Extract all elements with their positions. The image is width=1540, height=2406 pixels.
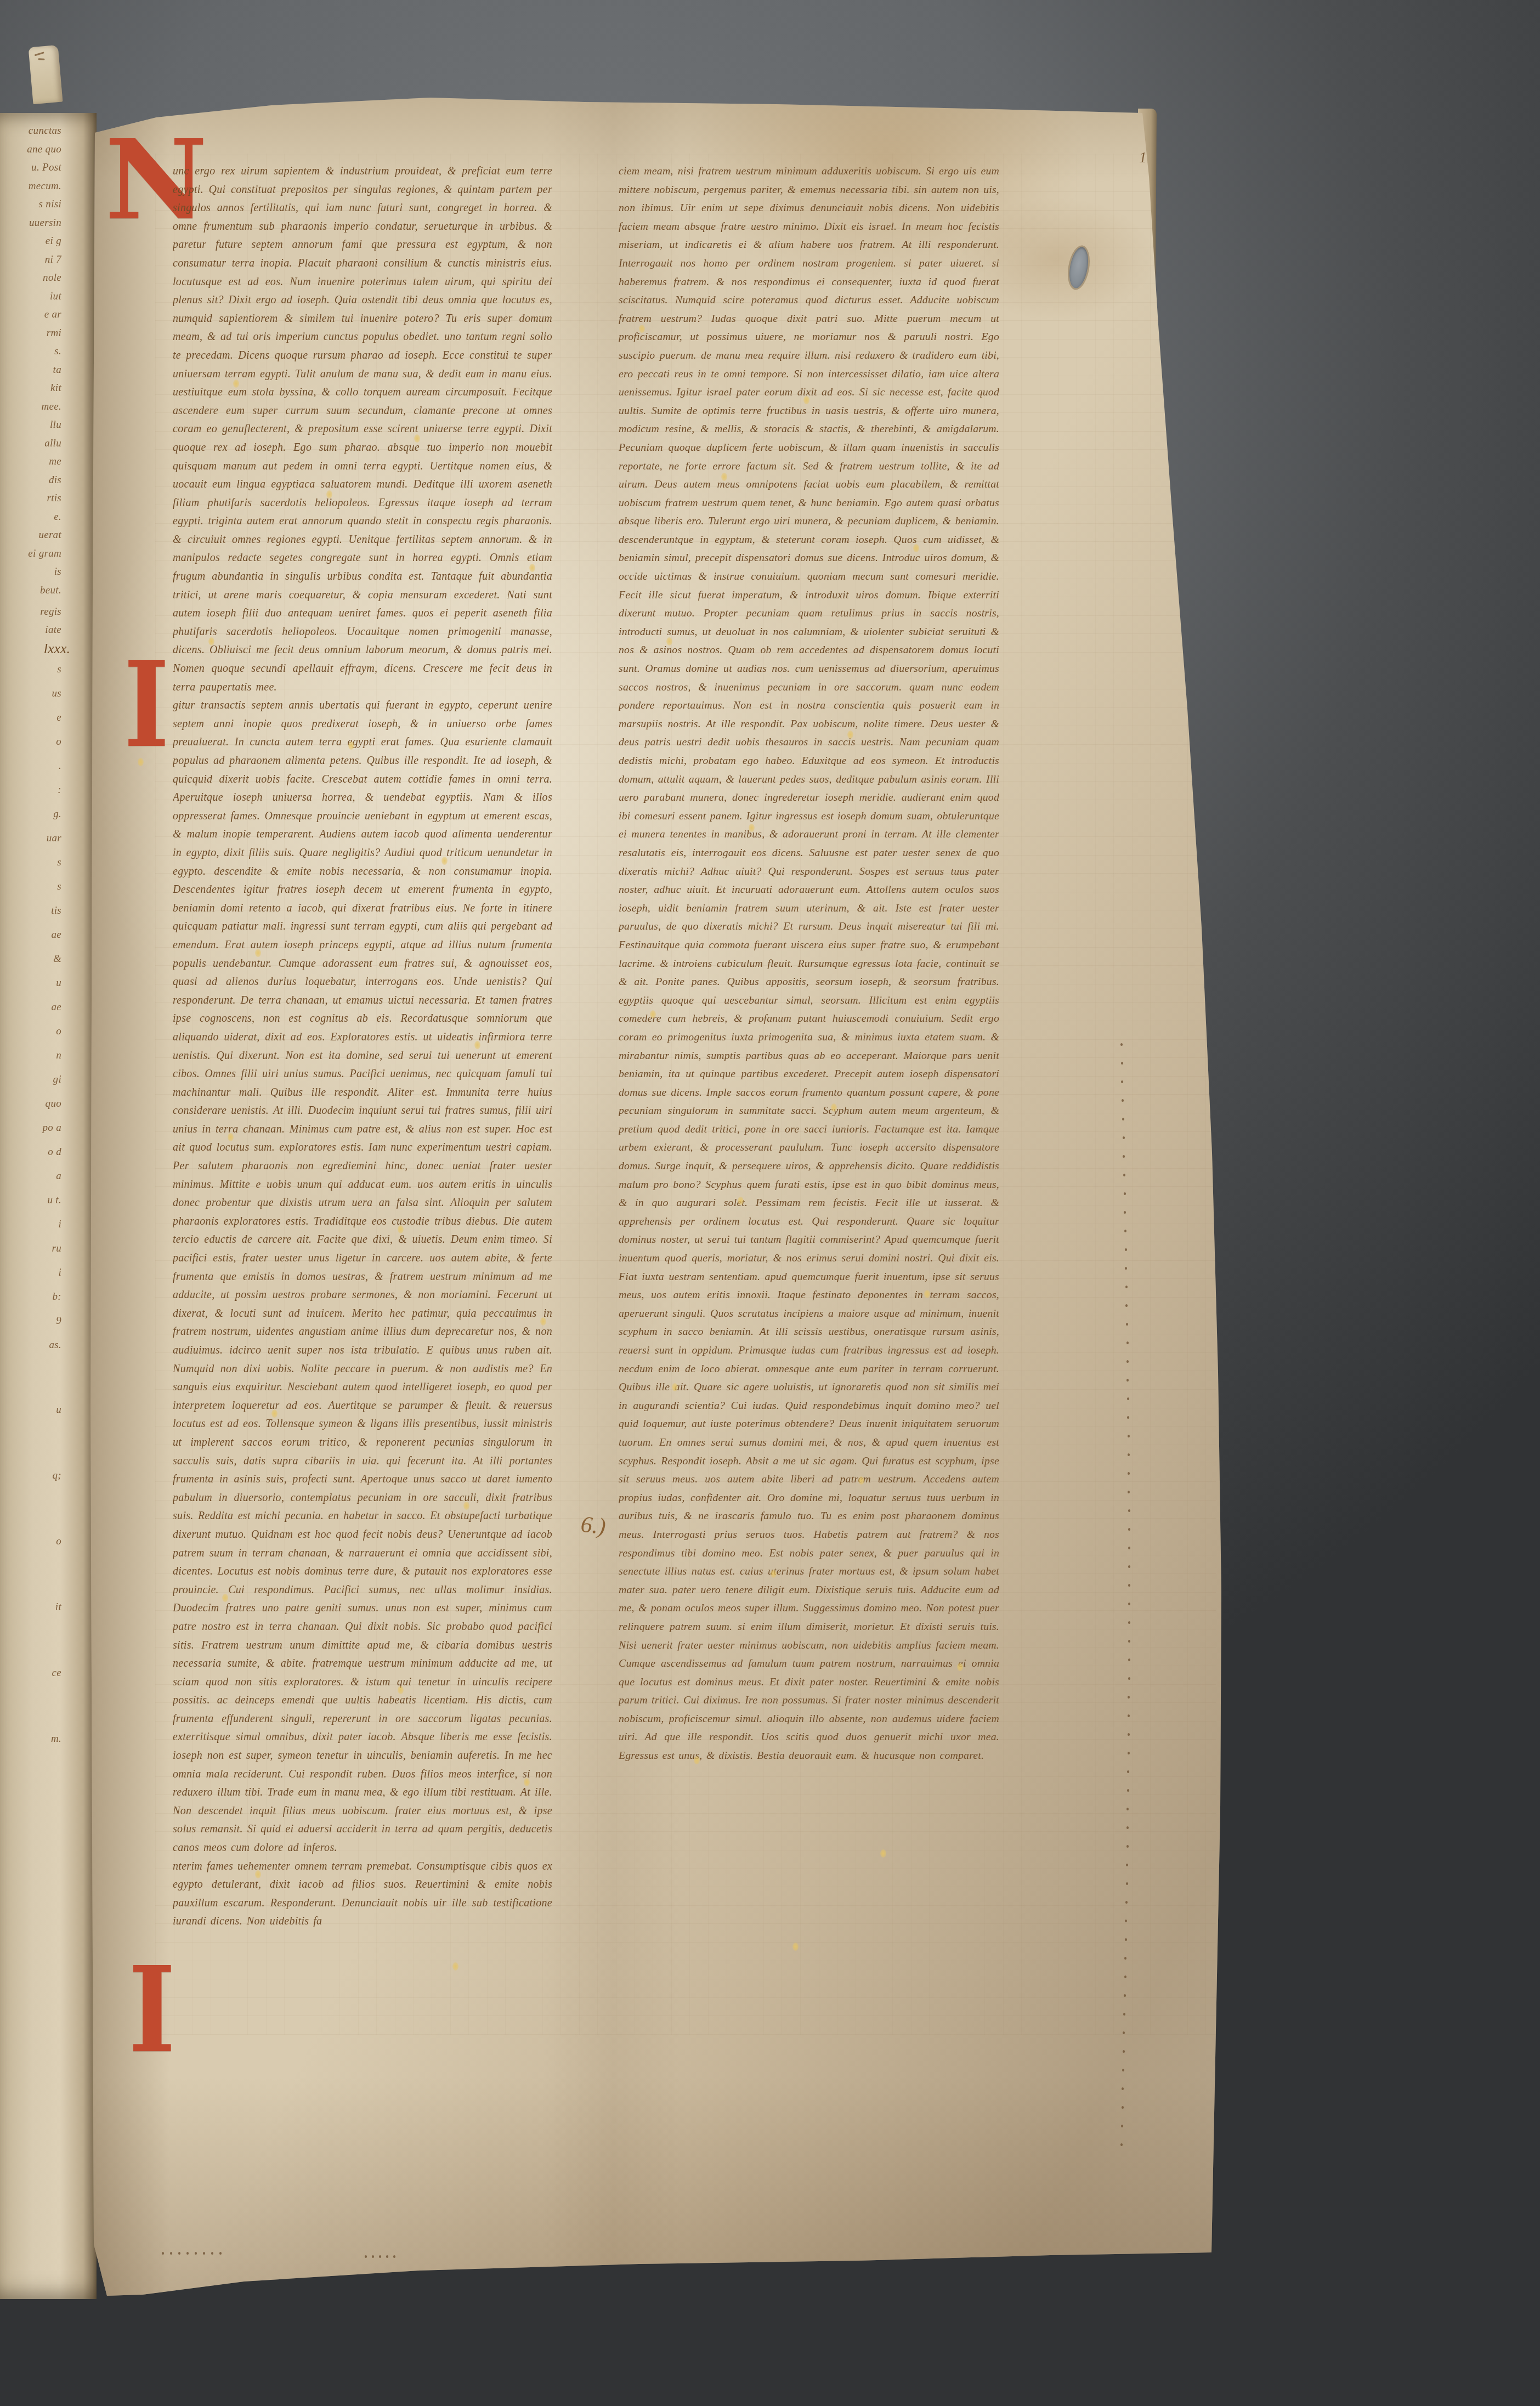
yellow-capital-dab (749, 824, 755, 832)
yellow-capital-dab (441, 857, 448, 865)
yellow-capital-dab (771, 1570, 777, 1578)
tab-ink-mark (35, 52, 44, 56)
pricking-dot (393, 2255, 395, 2258)
edge-fragment: s (57, 881, 61, 893)
yellow-capital-dab (792, 1943, 799, 1951)
quire-mark: 6.) (580, 1511, 607, 1540)
pricking-dot (162, 2252, 164, 2255)
edge-fragment: uar (47, 833, 61, 845)
pricking-dot (1128, 1528, 1130, 1531)
pricking-dot (1125, 1901, 1128, 1904)
pricking-dot (1124, 1211, 1126, 1214)
yellow-capital-dab (957, 1663, 963, 1671)
yellow-capital-dab (694, 1756, 700, 1764)
parchment-tab (29, 45, 63, 104)
edge-fragment: is (54, 566, 61, 578)
pricking-dot (1122, 1118, 1124, 1120)
pricking-dot (1127, 1416, 1129, 1419)
pricking-dot (1123, 2031, 1125, 2034)
pricking-dot (1123, 1136, 1125, 1139)
pricking-dot (1126, 1360, 1129, 1363)
pricking-dot (1126, 1341, 1129, 1344)
edge-fragment: a (56, 1170, 61, 1182)
edge-fragment: regis (40, 606, 61, 618)
tab-ink-mark (38, 58, 44, 60)
yellow-capital-dab (348, 741, 354, 750)
edge-fragment: mee. (41, 401, 61, 413)
edge-fragment: nole (43, 272, 61, 284)
edge-fragment: o (56, 1536, 61, 1548)
edge-fragment: o d (48, 1146, 61, 1158)
edge-fragment: s (57, 664, 61, 676)
pricking-dot (1123, 1174, 1125, 1176)
facing-page-edge: cunctasane quou. Postmecum.s nisiuuersin… (0, 113, 97, 2299)
edge-fragment: kit (50, 382, 61, 394)
pricking-dot (1128, 1472, 1130, 1475)
pricking-dot (1128, 1658, 1130, 1661)
yellow-capital-dab (138, 758, 144, 766)
pricking-dot (203, 2252, 205, 2255)
edge-fragment: m. (51, 1733, 61, 1745)
pricking-dot (365, 2255, 367, 2258)
pricking-dot (1127, 1397, 1129, 1400)
pricking-dot (1124, 1192, 1126, 1195)
edge-fragment: . (59, 760, 61, 772)
verse-text: gitur transactis septem annis ubertatis … (173, 697, 552, 1857)
verse-text: nterim fames uehementer omnem terram pre… (173, 1858, 552, 1931)
yellow-capital-dab (924, 1290, 930, 1298)
edge-fragment: g. (53, 808, 61, 820)
yellow-capital-dab (847, 731, 853, 739)
pricking-dot (1128, 1677, 1130, 1680)
pricking-dot (379, 2255, 381, 2258)
edge-fragment: ae (51, 1001, 61, 1014)
pricking-dot (1121, 2125, 1123, 2127)
pricking-dot (1127, 1789, 1129, 1792)
pricking-dot (1123, 2050, 1125, 2053)
red-initial-i-igitur: I (124, 658, 169, 751)
pricking-dot (1125, 1267, 1127, 1270)
yellow-capital-dab (666, 637, 672, 646)
pricking-dot (1127, 1770, 1129, 1773)
pricking-dot (1126, 1845, 1129, 1848)
edge-fragment: uuersin (29, 217, 61, 229)
pricking-dot (1125, 1248, 1127, 1251)
vellum-hole (1067, 246, 1091, 290)
yellow-capital-dab (326, 490, 332, 499)
edge-fragment: uerat (38, 529, 61, 541)
pricking-dot (1128, 1453, 1130, 1456)
yellow-capital-dab (208, 637, 214, 646)
pricking-dot (1128, 1640, 1130, 1643)
edge-fragment: cunctas (29, 125, 61, 137)
yellow-capital-dab (452, 1962, 458, 1971)
yellow-capital-dab (529, 564, 535, 572)
edge-fragment: e (56, 712, 61, 724)
edge-fragment: : (58, 784, 61, 796)
edge-fragment: llu (50, 419, 61, 431)
edge-fragment: rtis (47, 492, 61, 505)
edge-fragment: gi (53, 1074, 61, 1086)
edge-fragment: i (58, 1267, 61, 1279)
edge-fragment: n (56, 1050, 61, 1062)
red-initial-i-interim: I (129, 1963, 175, 2057)
edge-fragment: ru (52, 1243, 62, 1255)
edge-fragment: e ar (44, 309, 61, 321)
manuscript-page: N I I unc ergo rex uirum sapientem & ind… (90, 94, 1226, 2297)
edge-fragment: iate (45, 624, 61, 636)
edge-fragment: s (57, 857, 61, 869)
yellow-capital-dab (463, 1502, 469, 1510)
pricking-dot (211, 2252, 213, 2255)
yellow-capital-dab (233, 380, 239, 388)
pricking-dot (1126, 1826, 1129, 1829)
edge-fragment: it (55, 1601, 61, 1614)
edge-fragment: u t. (48, 1194, 61, 1207)
yellow-capital-dab (639, 325, 645, 333)
verse-text: unc ergo rex uirum sapientem & industriu… (173, 162, 552, 697)
chapter-number-lxxx: lxxx. (44, 641, 70, 657)
edge-fragment: as. (49, 1339, 61, 1351)
yellow-capital-dab (540, 1317, 546, 1326)
yellow-capital-dab (474, 1041, 480, 1049)
pricking-dot (1128, 1435, 1130, 1437)
pricking-dot (1125, 1920, 1127, 1922)
yellow-capital-dab (650, 1010, 656, 1018)
text-column-right: ciem meam, nisi fratrem uestrum minimum … (619, 162, 999, 1997)
pricking-dot (1125, 1938, 1127, 1941)
edge-fragment: u (56, 1404, 61, 1416)
pricking-dot (386, 2255, 388, 2258)
pricking-dot (1120, 1043, 1123, 1046)
edge-fragment: allu (44, 438, 61, 450)
yellow-capital-dab (831, 1103, 837, 1112)
yellow-capital-dab (738, 1197, 744, 1205)
yellow-capital-dab (222, 1594, 228, 1602)
pricking-dot (1128, 1714, 1130, 1717)
edge-fragment: mecum. (29, 180, 61, 193)
edge-fragment: po a (43, 1122, 61, 1134)
edge-fragment: iut (50, 291, 61, 303)
edge-fragment: u. Post (31, 162, 61, 174)
yellow-capital-dab (946, 917, 952, 925)
pricking-dot (1123, 2013, 1125, 2016)
pricking-dot (1126, 1864, 1128, 1866)
edge-fragment: e. (54, 511, 61, 523)
pricking-dot (1126, 1323, 1128, 1326)
pricking-dot (178, 2252, 180, 2255)
pricking-dot (1124, 1230, 1126, 1232)
edge-fragment: ei gram (28, 548, 61, 560)
pricking-dot (1120, 2143, 1123, 2146)
pricking-dot (1128, 1696, 1130, 1699)
pricking-dot (1128, 1621, 1130, 1624)
edge-fragment: 9 (56, 1315, 61, 1327)
edge-fragment: ta (53, 364, 61, 376)
edge-fragment: ae (51, 929, 61, 941)
verse-text: ciem meam, nisi fratrem uestrum minimum … (619, 162, 999, 1765)
pricking-dot (1128, 1752, 1130, 1754)
yellow-capital-dab (271, 1409, 278, 1418)
edge-fragment: i (58, 1219, 61, 1231)
pricking-dot (1126, 1882, 1128, 1885)
pricking-dot (1125, 1304, 1128, 1307)
edge-fragment: ane quo (27, 144, 61, 156)
pricking-dot (1123, 1155, 1125, 1158)
pricking-dot (1122, 1099, 1124, 1102)
edge-fragment: s nisi (39, 199, 61, 211)
edge-fragment: o (56, 1026, 61, 1038)
yellow-capital-dab (255, 1870, 261, 1878)
edge-fragment: beut. (40, 585, 61, 597)
yellow-capital-dab (414, 434, 420, 443)
edge-fragment: me (49, 456, 61, 468)
edge-fragment: quo (46, 1098, 61, 1110)
pricking-dot (170, 2252, 172, 2255)
pricking-dot (1121, 1080, 1123, 1083)
pricking-dot (372, 2255, 374, 2258)
yellow-capital-dab (913, 544, 919, 552)
edge-fragment: ni 7 (45, 254, 61, 266)
edge-fragment: u (56, 977, 61, 989)
edge-fragment: ce (52, 1667, 61, 1679)
pricking-dot (1122, 2087, 1124, 2090)
pricking-dot (1128, 1603, 1130, 1605)
pricking-dot (1124, 1957, 1126, 1960)
pricking-dot (219, 2252, 222, 2255)
yellow-capital-dab (672, 1383, 678, 1391)
pricking-dot (1128, 1584, 1130, 1587)
edge-fragment: & (53, 953, 61, 965)
edge-fragment: dis (49, 474, 61, 486)
yellow-capital-dab (398, 1686, 404, 1694)
pricking-dot (1126, 1379, 1129, 1382)
edge-fragment: b: (53, 1291, 61, 1303)
pricking-dot (1122, 2106, 1124, 2109)
yellow-capital-dab (803, 396, 809, 404)
yellow-capital-dab (524, 1778, 530, 1786)
yellow-capital-dab (721, 473, 727, 481)
pricking-dot (1126, 1808, 1129, 1810)
edge-fragment: rmi (47, 327, 61, 339)
pricking-dot (1121, 1062, 1123, 1065)
yellow-capital-dab (398, 1225, 404, 1233)
text-column-left: unc ergo rex uirum sapientem & industriu… (173, 162, 552, 1997)
edge-fragment: us (52, 688, 62, 700)
pricking-dot (1128, 1547, 1130, 1549)
yellow-capital-dab (255, 949, 261, 957)
pricking-dot (1128, 1509, 1130, 1512)
pricking-dot (1128, 1565, 1130, 1568)
yellow-capital-dab (858, 1476, 864, 1485)
pricking-dot (195, 2252, 197, 2255)
edge-fragment: q; (53, 1470, 61, 1482)
pricking-dot (1124, 1975, 1126, 1978)
pricking-dot (1122, 2069, 1124, 2071)
edge-fragment: tis (51, 905, 61, 917)
pricking-dot (1128, 1491, 1130, 1493)
edge-fragment: o (56, 736, 61, 748)
pricking-dot (1125, 1286, 1128, 1288)
pricking-dot (186, 2252, 189, 2255)
pricking-dot (1124, 1994, 1126, 1997)
yellow-capital-dab (880, 1849, 886, 1858)
edge-fragment: ei g (46, 235, 61, 247)
edge-fragment: s. (54, 346, 61, 358)
yellow-capital-dab (228, 1133, 234, 1141)
pricking-dot (1128, 1733, 1130, 1736)
